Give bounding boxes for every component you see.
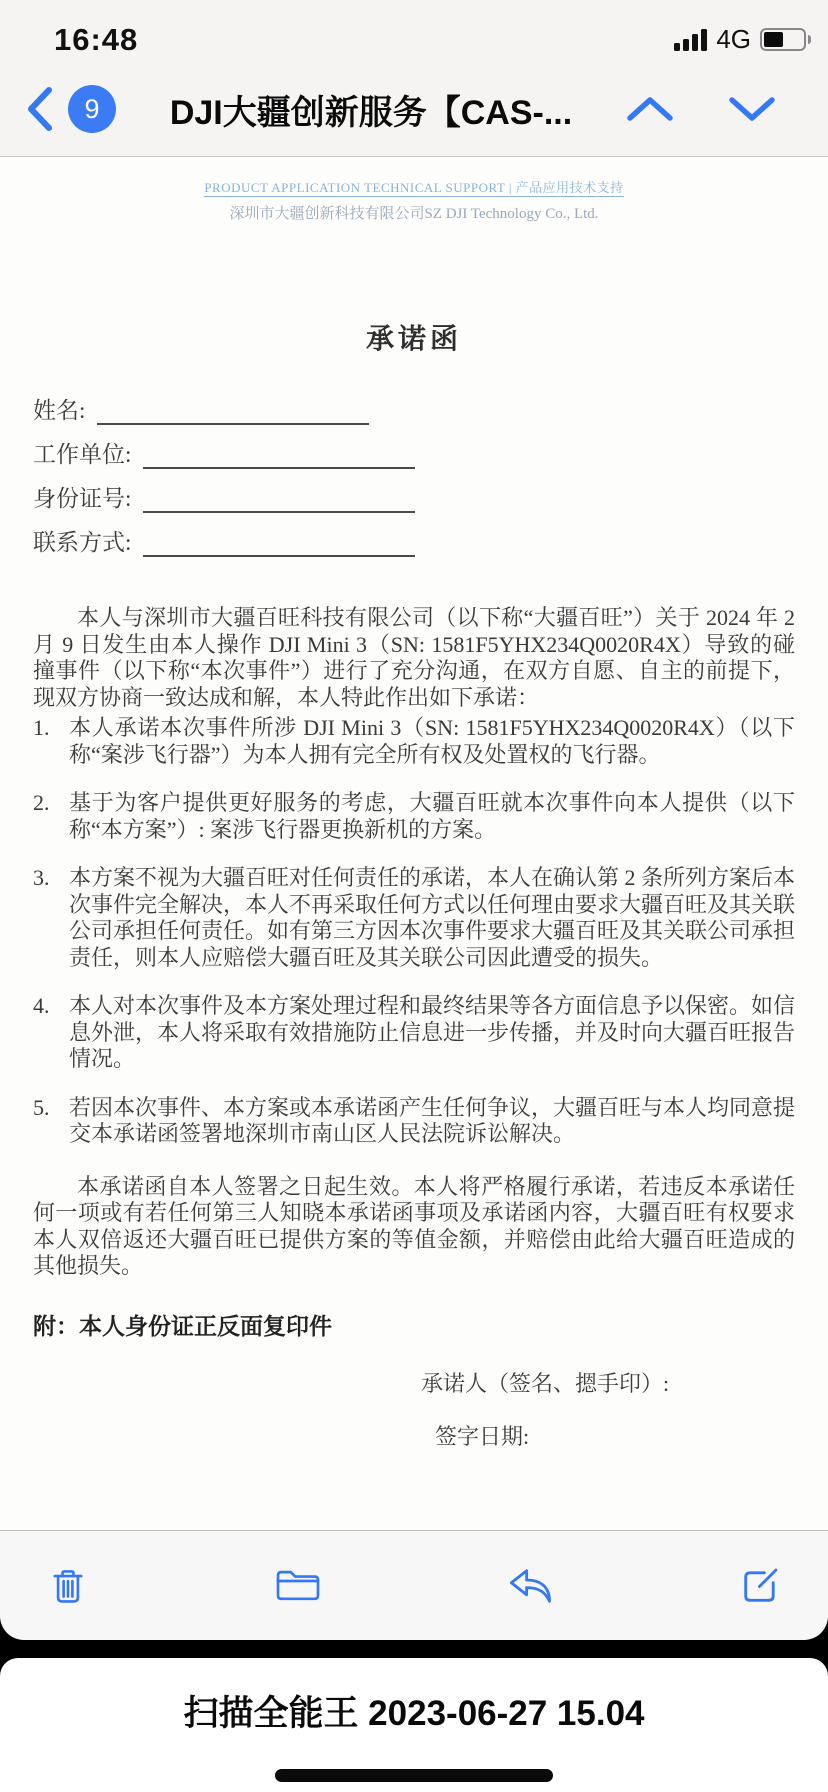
mail-nav-bar: 9 DJI大疆创新服务【CAS-... bbox=[0, 62, 828, 156]
blank-underline bbox=[97, 399, 369, 425]
item-text: 本方案不视为大疆百旺对任何责任的承诺，本人在确认第 2 条所列方案后本次事件完全… bbox=[69, 865, 795, 971]
email-subject-title: DJI大疆创新服务【CAS-... bbox=[116, 85, 626, 134]
field-name: 姓名: bbox=[33, 381, 795, 425]
item-number: 4. bbox=[33, 993, 69, 1073]
item-number: 5. bbox=[33, 1095, 69, 1148]
item-text: 本人承诺本次事件所涉 DJI Mini 3（SN: 1581F5YHX234Q0… bbox=[69, 715, 795, 768]
chevron-up-icon bbox=[626, 96, 674, 122]
blank-underline bbox=[143, 443, 415, 469]
trash-icon bbox=[46, 1564, 90, 1608]
status-bar: 16:48 4G bbox=[0, 0, 828, 62]
list-item: 2. 基于为客户提供更好服务的考虑，大疆百旺就本次事件向本人提供（以下称“本方案… bbox=[33, 790, 795, 843]
field-employer-label: 工作单位: bbox=[33, 436, 131, 469]
list-item: 5. 若因本次事件、本方案或本承诺函产生任何争议，大疆百旺与本人均同意提交本承诺… bbox=[33, 1095, 795, 1148]
attachment-filename: 扫描全能王 2023-06-27 15.04 bbox=[0, 1686, 828, 1736]
delete-button[interactable] bbox=[46, 1564, 90, 1608]
chevron-down-icon bbox=[728, 96, 776, 122]
scanned-document-preview[interactable]: PRODUCT APPLICATION TECHNICAL SUPPORT | … bbox=[0, 157, 828, 1530]
sign-date-label: 签字日期: bbox=[435, 1420, 795, 1451]
document-title: 承诺函 bbox=[33, 317, 795, 357]
item-text: 本人对本次事件及本方案处理过程和最终结果等各方面信息予以保密。如信息外泄，本人将… bbox=[69, 993, 795, 1073]
intro-paragraph: 本人与深圳市大疆百旺科技有限公司（以下称“大疆百旺”）关于 2024 年 2 月… bbox=[33, 605, 795, 711]
field-id-number: 身份证号: bbox=[33, 469, 795, 513]
item-text: 若因本次事件、本方案或本承诺函产生任何争议，大疆百旺与本人均同意提交本承诺函签署… bbox=[69, 1095, 795, 1148]
field-id-number-label: 身份证号: bbox=[33, 480, 131, 513]
status-indicators: 4G bbox=[674, 24, 806, 55]
signer-label: 承诺人（签名、摁手印）: bbox=[421, 1367, 795, 1398]
field-contact: 联系方式: bbox=[33, 513, 795, 557]
field-name-label: 姓名: bbox=[33, 392, 85, 425]
reply-icon bbox=[507, 1564, 555, 1608]
scan-letterhead-en: PRODUCT APPLICATION TECHNICAL SUPPORT | … bbox=[33, 177, 795, 196]
chevron-left-icon bbox=[26, 86, 54, 132]
scan-letterhead-company: 深圳市大疆创新科技有限公司SZ DJI Technology Co., Ltd. bbox=[33, 202, 795, 223]
signal-strength-icon bbox=[674, 29, 707, 51]
network-type-label: 4G bbox=[716, 24, 751, 55]
attachment-note: 附：本人身份证正反面复印件 bbox=[33, 1308, 795, 1341]
form-fields: 姓名: 工作单位: 身份证号: 联系方式: bbox=[33, 381, 795, 557]
iphone-screen: 16:48 4G 9 DJI大疆创新服务【CAS-... bbox=[0, 0, 828, 1792]
status-time: 16:48 bbox=[54, 22, 138, 58]
back-button[interactable]: 9 bbox=[0, 85, 116, 133]
previous-message-button[interactable] bbox=[626, 96, 674, 122]
compose-icon bbox=[738, 1564, 782, 1608]
blank-underline bbox=[143, 487, 415, 513]
field-employer: 工作单位: bbox=[33, 425, 795, 469]
home-indicator[interactable] bbox=[275, 1769, 553, 1782]
field-contact-label: 联系方式: bbox=[33, 524, 131, 557]
item-number: 1. bbox=[33, 715, 69, 768]
list-item: 3. 本方案不视为大疆百旺对任何责任的承诺，本人在确认第 2 条所列方案后本次事… bbox=[33, 865, 795, 971]
unread-count-badge: 9 bbox=[68, 85, 116, 133]
move-to-folder-button[interactable] bbox=[273, 1566, 323, 1606]
reply-button[interactable] bbox=[507, 1564, 555, 1608]
list-item: 1. 本人承诺本次事件所涉 DJI Mini 3（SN: 1581F5YHX23… bbox=[33, 715, 795, 768]
closing-paragraph: 本承诺函自本人签署之日起生效。本人将严格履行承诺，若违反本承诺任何一项或有若任何… bbox=[33, 1174, 795, 1280]
message-navigation bbox=[626, 96, 828, 122]
folder-icon bbox=[273, 1566, 323, 1606]
item-text: 基于为客户提供更好服务的考虑，大疆百旺就本次事件向本人提供（以下称“本方案”）:… bbox=[69, 790, 795, 843]
list-item: 4. 本人对本次事件及本方案处理过程和最终结果等各方面信息予以保密。如信息外泄，… bbox=[33, 993, 795, 1073]
blank-underline bbox=[143, 531, 415, 557]
mail-header: 16:48 4G 9 DJI大疆创新服务【CAS-... bbox=[0, 0, 828, 157]
compose-button[interactable] bbox=[738, 1564, 782, 1608]
item-number: 2. bbox=[33, 790, 69, 843]
item-number: 3. bbox=[33, 865, 69, 971]
mail-toolbar bbox=[0, 1530, 828, 1640]
battery-icon bbox=[760, 28, 806, 51]
next-message-button[interactable] bbox=[728, 96, 776, 122]
